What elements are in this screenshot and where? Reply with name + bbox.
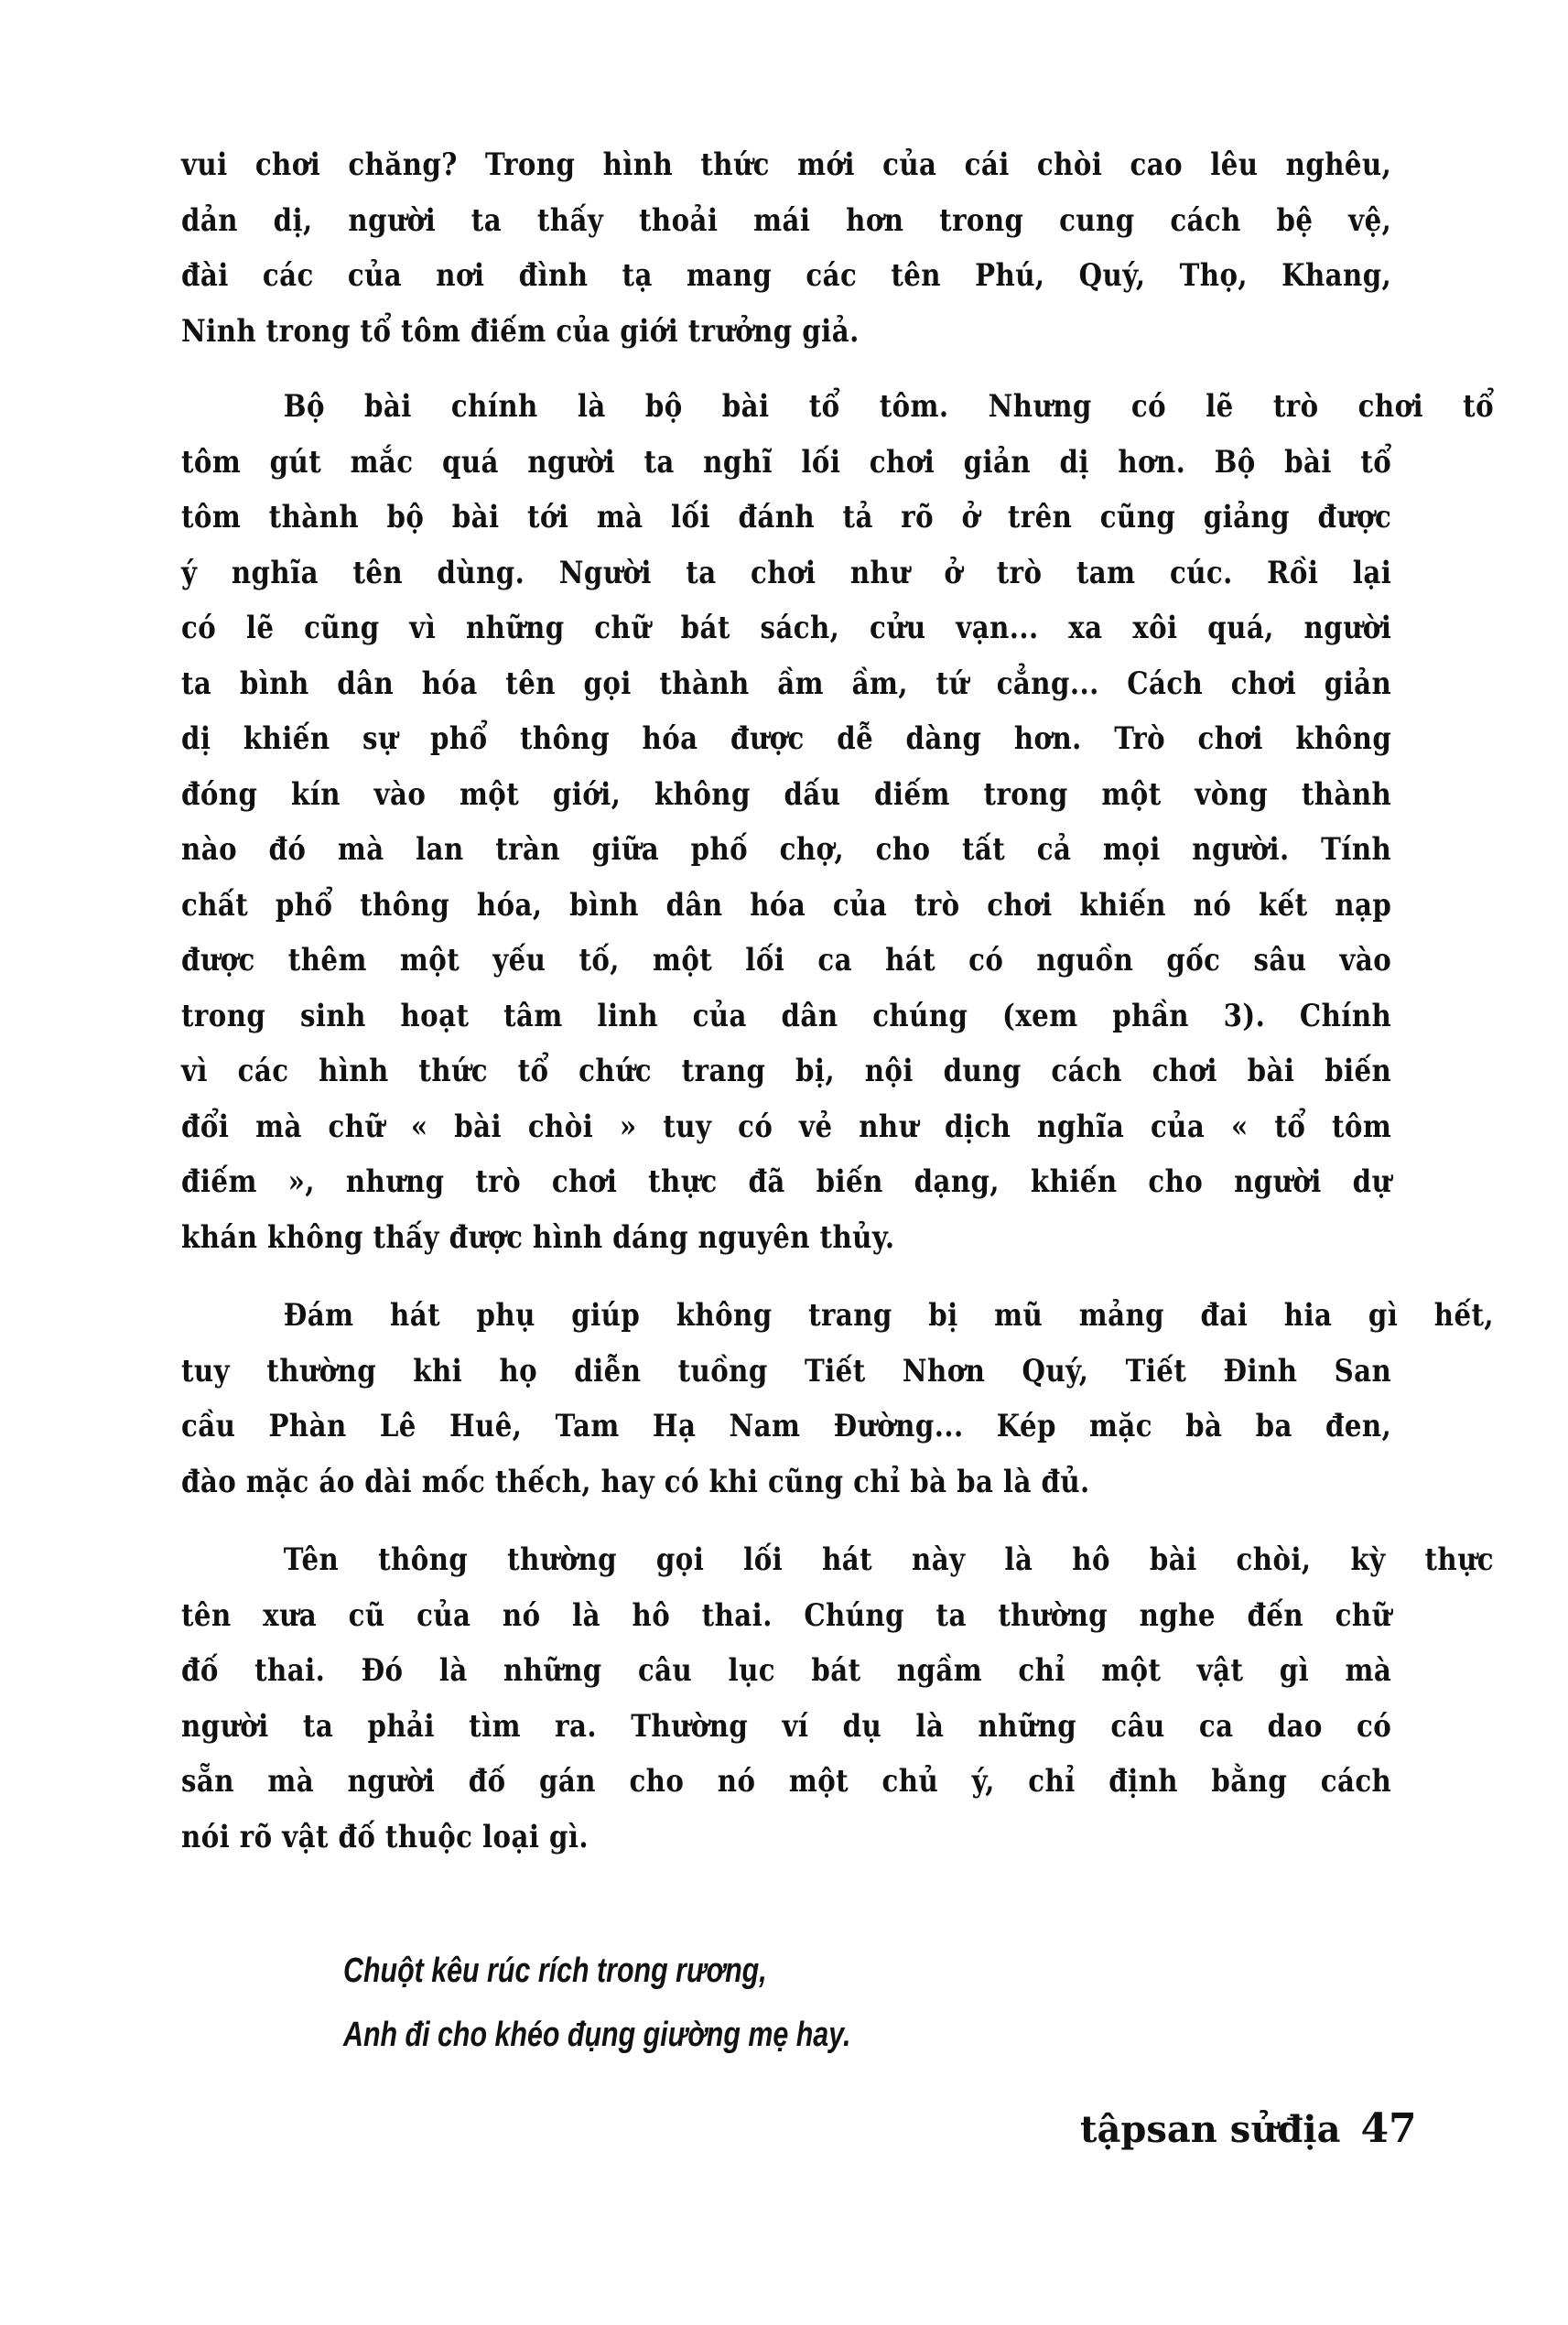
paragraph-2: Bộ bài chính là bộ bài tổ tôm. Nhưng có … <box>181 379 1391 1265</box>
page-number: 47 <box>1360 2105 1416 2152</box>
poem-line: Anh đi cho khéo đụng giường mẹ hay. <box>343 2003 850 2067</box>
text-line: được thêm một yếu tố, một lối ca hát có … <box>181 933 1391 989</box>
text-line: người ta phải tìm ra. Thường ví dụ là nh… <box>181 1699 1391 1755</box>
text-line: tôm gút mắc quá người ta nghĩ lối chơi g… <box>181 435 1391 491</box>
text-line: dị khiến sự phổ thông hóa được dễ dàng h… <box>181 711 1391 767</box>
text-line: ý nghĩa tên dùng. Người ta chơi như ở tr… <box>181 546 1391 601</box>
text-line: Đám hát phụ giúp không trang bị mũ mảng … <box>181 1288 1494 1344</box>
text-line: tên xưa cũ của nó là hô thai. Chúng ta t… <box>181 1588 1391 1644</box>
text-line: đóng kín vào một giới, không dấu diếm tr… <box>181 767 1391 823</box>
text-line: có lẽ cũng vì những chữ bát sách, cửu vạ… <box>181 600 1391 656</box>
poem-quote: Chuột kêu rúc rích trong rương, Anh đi c… <box>343 1939 978 2067</box>
article-body: vui chơi chăng? Trong hình thức mới của … <box>181 137 1391 1865</box>
paragraph-1: vui chơi chăng? Trong hình thức mới của … <box>181 137 1391 359</box>
text-line: ta bình dân hóa tên gọi thành ầm ầm, tứ … <box>181 656 1391 712</box>
text-line: chất phổ thông hóa, bình dân hóa của trò… <box>181 878 1391 934</box>
text-line: Tên thông thường gọi lối hát này là hô b… <box>181 1532 1494 1588</box>
text-line: đổi mà chữ « bài chòi » tuy có vẻ như dị… <box>181 1099 1391 1155</box>
paragraph-4: Tên thông thường gọi lối hát này là hô b… <box>181 1532 1391 1865</box>
text-line: đố thai. Đó là những câu lục bát ngầm ch… <box>181 1643 1391 1699</box>
text-line: tôm thành bộ bài tới mà lối đánh tả rõ ở… <box>181 490 1391 546</box>
text-line: sẵn mà người đố gán cho nó một chủ ý, ch… <box>181 1754 1391 1810</box>
text-line: khán không thấy được hình dáng nguyên th… <box>181 1210 1391 1266</box>
publication-name: tậpsan sửđịa <box>1080 2108 1341 2151</box>
text-line: điếm », nhưng trò chơi thực đã biến dạng… <box>181 1154 1391 1210</box>
text-line: tuy thường khi họ diễn tuồng Tiết Nhơn Q… <box>181 1344 1391 1400</box>
text-line: nói rõ vật đố thuộc loại gì. <box>181 1810 1391 1865</box>
text-line: nào đó mà lan tràn giữa phố chợ, cho tất… <box>181 822 1391 878</box>
text-line: Ninh trong tổ tôm điếm của giới trưởng g… <box>181 304 1391 360</box>
page-footer: tậpsan sửđịa 47 <box>1080 2105 1417 2152</box>
text-line: vui chơi chăng? Trong hình thức mới của … <box>181 137 1391 193</box>
text-line: trong sinh hoạt tâm linh của dân chúng (… <box>181 989 1391 1044</box>
text-line: Bộ bài chính là bộ bài tổ tôm. Nhưng có … <box>181 379 1494 435</box>
text-line: vì các hình thức tổ chức trang bị, nội d… <box>181 1044 1391 1099</box>
text-line: dản dị, người ta thấy thoải mái hơn tron… <box>181 193 1391 249</box>
text-line: đài các của nơi đình tạ mang các tên Phú… <box>181 248 1391 304</box>
paragraph-3: Đám hát phụ giúp không trang bị mũ mảng … <box>181 1288 1391 1509</box>
text-line: cầu Phàn Lê Huê, Tam Hạ Nam Đường... Kép… <box>181 1399 1391 1454</box>
poem-line: Chuột kêu rúc rích trong rương, <box>343 1939 850 2003</box>
text-line: đào mặc áo dài mốc thếch, hay có khi cũn… <box>181 1454 1391 1510</box>
